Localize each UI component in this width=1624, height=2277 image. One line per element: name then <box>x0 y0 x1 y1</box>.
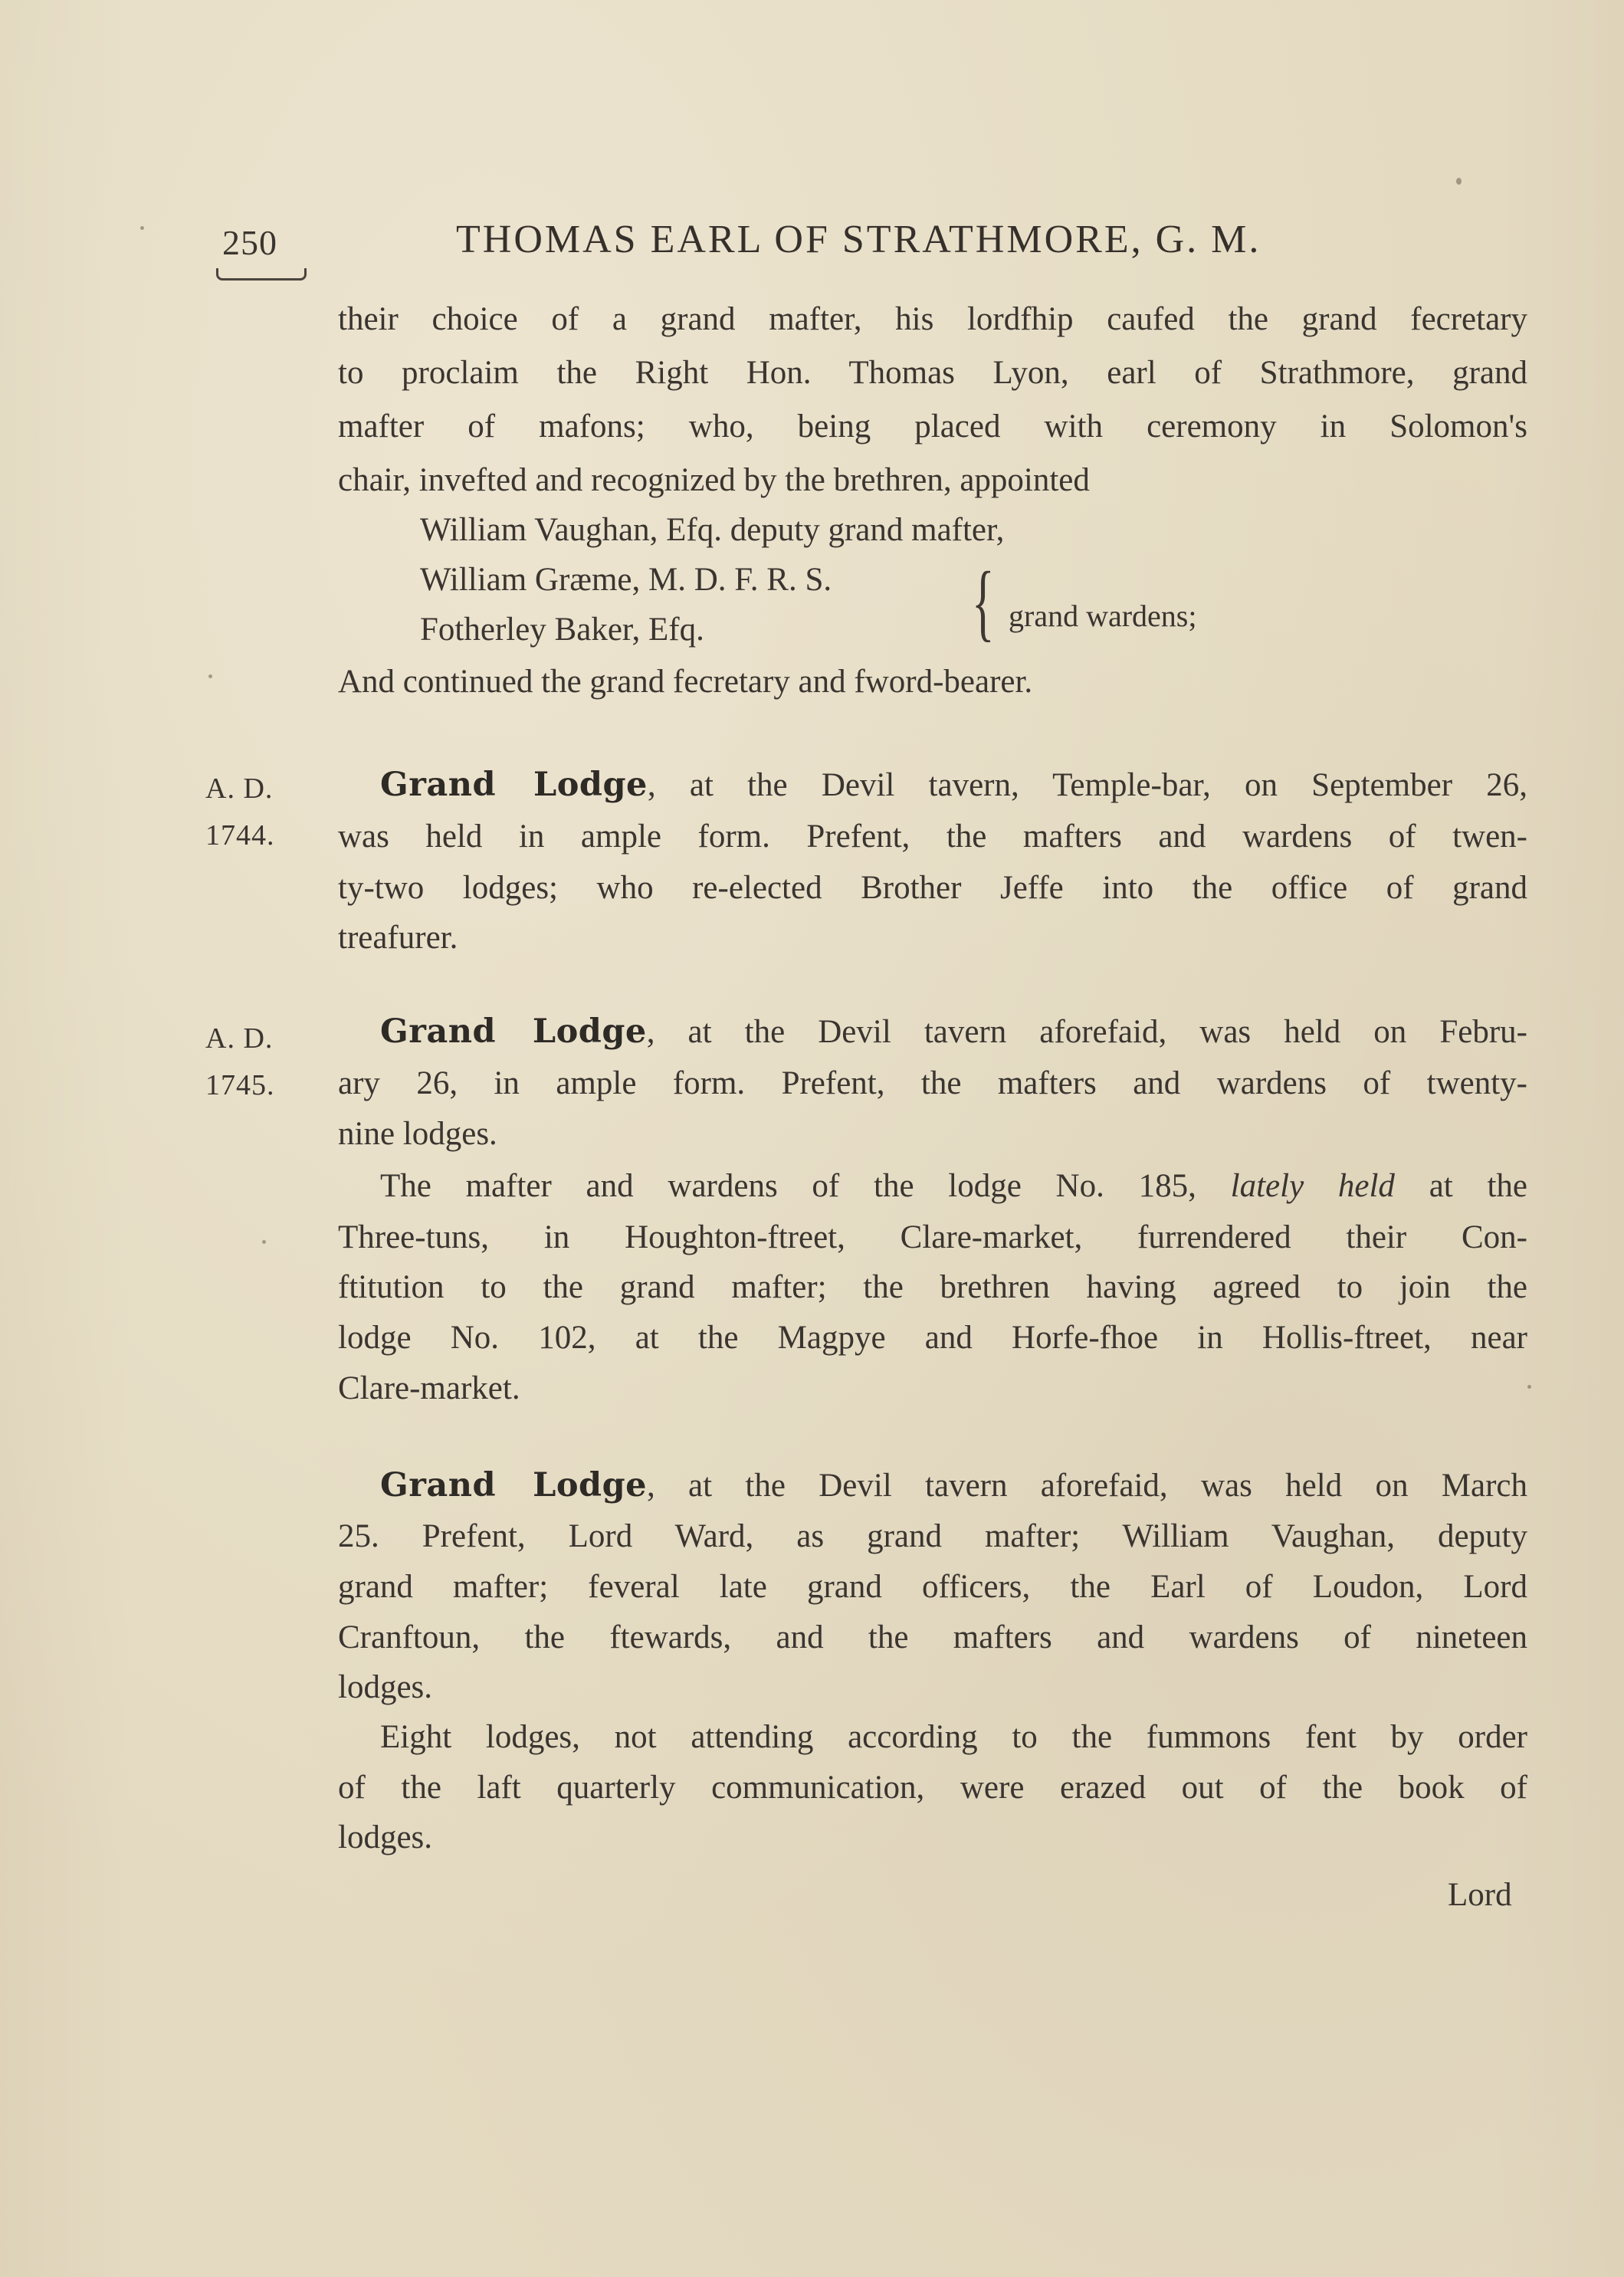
entry-heading: Grand Lodge <box>380 1466 647 1504</box>
margin-year-label: A. D. <box>205 1022 273 1055</box>
text-line: of the laft quarterly communication, wer… <box>338 1771 1527 1804</box>
margin-year: 1744. <box>205 819 275 852</box>
paper-speck <box>208 674 212 678</box>
text-line: chair, invefted and recognized by the br… <box>338 464 1090 497</box>
entry-text: , at the Devil tavern aforefaid, was hel… <box>647 1468 1527 1504</box>
appointment-deputy: William Vaughan, Efq. deputy grand mafte… <box>420 513 1004 546</box>
paper-speck <box>140 226 144 230</box>
brace-label: grand wardens; <box>1009 598 1196 634</box>
page-number: 250 <box>222 222 277 263</box>
entry-first-line: Grand Lodge, at the Devil tavern, Temple… <box>338 769 1527 802</box>
entry-text: , at the Devil tavern, Temple-bar, on Se… <box>648 767 1527 803</box>
curly-brace-icon: { <box>972 559 995 645</box>
paper-speck <box>262 1240 266 1244</box>
text-line: grand mafter; feveral late grand officer… <box>338 1570 1527 1603</box>
text-line: nine lodges. <box>338 1117 497 1150</box>
text-line: ary 26, in ample form. Prefent, the maft… <box>338 1067 1527 1100</box>
entry-heading: Grand Lodge <box>380 766 648 804</box>
paper-speck <box>1527 1385 1531 1389</box>
appointment-warden: William Græme, M. D. F. R. S. <box>420 563 832 596</box>
entry-text: , at the Devil tavern aforefaid, was hel… <box>647 1014 1527 1050</box>
paper-background <box>0 0 1624 2277</box>
margin-year: 1745. <box>205 1068 275 1102</box>
text-line: And continued the grand fecretary and fw… <box>338 665 1032 698</box>
text-line: Eight lodges, not attending according to… <box>338 1721 1527 1754</box>
paragraph-first-line: The mafter and wardens of the lodge No. … <box>338 1170 1527 1202</box>
text-line: ty-two lodges; who re-elected Brother Je… <box>338 871 1527 904</box>
text-line: ftitution to the grand mafter; the breth… <box>338 1271 1527 1304</box>
appointment-warden: Fotherley Baker, Efq. <box>420 613 704 646</box>
text-line: Three-tuns, in Houghton-ftreet, Clare-ma… <box>338 1221 1527 1254</box>
paper-speck <box>1456 178 1462 185</box>
text-line: Cranftoun, the ftewards, and the mafters… <box>338 1621 1527 1654</box>
margin-year-label: A. D. <box>205 772 273 805</box>
text-line: treafurer. <box>338 921 458 954</box>
text-span: at the <box>1429 1168 1527 1204</box>
entry-first-line: Grand Lodge, at the Devil tavern aforefa… <box>338 1015 1527 1048</box>
text-line: to proclaim the Right Hon. Thomas Lyon, … <box>338 356 1527 389</box>
text-line: 25. Prefent, Lord Ward, as grand mafter;… <box>338 1520 1527 1553</box>
text-line: lodges. <box>338 1671 432 1704</box>
running-head: THOMAS EARL OF STRATHMORE, G. M. <box>456 217 1261 262</box>
text-line: mafter of mafons; who, being placed with… <box>338 410 1527 443</box>
text-line: lodges. <box>338 1821 432 1854</box>
text-line: lodge No. 102, at the Magpye and Horfe-f… <box>338 1321 1527 1354</box>
entry-first-line: Grand Lodge, at the Devil tavern aforefa… <box>338 1469 1527 1502</box>
text-span: The mafter and wardens of the lodge No. … <box>380 1168 1196 1204</box>
page-number-bracket <box>216 268 307 281</box>
catchword: Lord <box>1448 1876 1512 1914</box>
entry-heading: Grand Lodge <box>380 1012 647 1051</box>
text-line: Clare-market. <box>338 1372 520 1405</box>
text-line: their choice of a grand mafter, his lord… <box>338 303 1527 336</box>
text-line: was held in ample form. Prefent, the maf… <box>338 820 1527 853</box>
italic-text: lately held <box>1231 1168 1395 1204</box>
